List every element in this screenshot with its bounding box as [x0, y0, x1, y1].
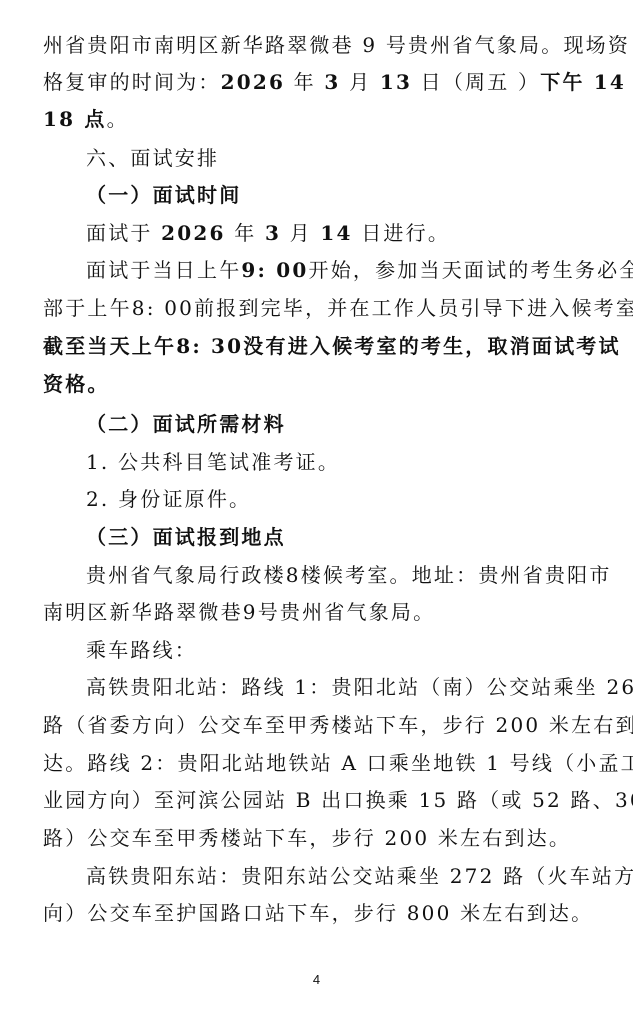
text-segment: 截至当天上午8: 30没有进入候考室的考生，取消面试考试 [43, 334, 621, 358]
text-segment: 14 [320, 221, 352, 245]
text-segment: 面试于当日上午 [86, 258, 241, 282]
text-segment: 面试于 [86, 221, 161, 245]
subsection-heading: （一）面试时间 [86, 183, 241, 207]
subsection-heading: （三）面试报到地点 [86, 525, 286, 549]
text-segment: 南明区新华路翠微巷9号贵州省气象局。 [43, 600, 435, 624]
text-segment: 2026 [161, 221, 225, 245]
text-line: 达。路线 2：贵阳北站地铁站 A 口乘坐地铁 1 号线（小孟工 [43, 751, 633, 775]
text-segment: 18 点 [43, 107, 107, 131]
page-number: 4 [0, 972, 633, 987]
text-segment: （一）面试时间 [86, 183, 241, 207]
text-segment: 六、面试安排 [86, 146, 219, 170]
text-segment: （二）面试所需材料 [86, 412, 286, 436]
text-segment: 高铁贵阳北站：路线 1：贵阳北站（南）公交站乘坐 264 [86, 675, 633, 699]
text-line: 高铁贵阳东站：贵阳东站公交站乘坐 272 路（火车站方 [86, 864, 633, 888]
text-line: 18 点。 [43, 107, 129, 131]
text-segment: 日进行。 [353, 221, 450, 245]
text-segment: 格复审的时间为： [43, 70, 221, 94]
text-segment: 月 [341, 70, 380, 94]
text-line: 路）公交车至甲秀楼站下车，步行 200 米左右到达。 [43, 826, 571, 850]
text-segment: 月 [281, 221, 320, 245]
text-line: 南明区新华路翠微巷9号贵州省气象局。 [43, 600, 435, 624]
text-segment: 13 [380, 70, 412, 94]
text-line: 格复审的时间为：2026 年 3 月 13 日（周五 ）下午 14 点— [43, 70, 633, 94]
text-segment: 州省贵阳市南明区新华路翠微巷 9 号贵州省气象局。现场资 [43, 33, 630, 57]
text-segment: 向）公交车至护国路口站下车，步行 800 米左右到达。 [43, 901, 593, 925]
text-line: 资格。 [43, 372, 110, 396]
text-segment: 2026 [221, 70, 285, 94]
text-segment: 乘车路线： [86, 638, 197, 662]
text-line: 乘车路线： [86, 638, 197, 662]
subsection-heading: （二）面试所需材料 [86, 412, 286, 436]
text-segment: 下午 14 点— [540, 70, 633, 94]
text-line: 高铁贵阳北站：路线 1：贵阳北站（南）公交站乘坐 264 [86, 675, 633, 699]
text-segment: 开始，参加当天面试的考生务必全 [309, 258, 633, 282]
text-line: 业园方向）至河滨公园站 B 出口换乘 15 路（或 52 路、307 [43, 788, 633, 812]
text-segment: 2. 身份证原件。 [86, 487, 251, 511]
list-item: 2. 身份证原件。 [86, 487, 251, 511]
section-heading: 六、面试安排 [86, 146, 219, 170]
text-segment: 1. 公共科目笔试准考证。 [86, 450, 340, 474]
text-segment: 贵州省气象局行政楼8楼候考室。地址：贵州省贵阳市 [86, 563, 612, 587]
text-segment: 达。路线 2：贵阳北站地铁站 A 口乘坐地铁 1 号线（小孟工 [43, 751, 633, 775]
text-line: 贵州省气象局行政楼8楼候考室。地址：贵州省贵阳市 [86, 563, 612, 587]
text-line: 向）公交车至护国路口站下车，步行 800 米左右到达。 [43, 901, 593, 925]
text-segment: 年 [285, 70, 324, 94]
text-line: 州省贵阳市南明区新华路翠微巷 9 号贵州省气象局。现场资 [43, 33, 630, 57]
text-segment: 3 [324, 70, 340, 94]
text-segment: 3 [265, 221, 281, 245]
text-segment: （三）面试报到地点 [86, 525, 286, 549]
text-segment: 高铁贵阳东站：贵阳东站公交站乘坐 272 路（火车站方 [86, 864, 633, 888]
text-line: 面试于 2026 年 3 月 14 日进行。 [86, 221, 450, 245]
list-item: 1. 公共科目笔试准考证。 [86, 450, 340, 474]
text-segment: 。 [107, 107, 129, 131]
text-segment: 路）公交车至甲秀楼站下车，步行 200 米左右到达。 [43, 826, 571, 850]
text-line: 路（省委方向）公交车至甲秀楼站下车，步行 200 米左右到 [43, 713, 633, 737]
text-line: 截至当天上午8: 30没有进入候考室的考生，取消面试考试 [43, 334, 621, 358]
text-line: 面试于当日上午9: 00开始，参加当天面试的考生务必全 [86, 258, 633, 282]
text-segment: 部于上午8: 00前报到完毕，并在工作人员引导下进入候考室。 [43, 296, 633, 320]
text-segment: 日（周五 ） [412, 70, 540, 94]
text-segment: 路（省委方向）公交车至甲秀楼站下车，步行 200 米左右到 [43, 713, 633, 737]
text-segment: 资格。 [43, 372, 110, 396]
text-segment: 9: 00 [241, 258, 308, 282]
text-line: 部于上午8: 00前报到完毕，并在工作人员引导下进入候考室。 [43, 296, 633, 320]
text-segment: 业园方向）至河滨公园站 B 出口换乘 15 路（或 52 路、307 [43, 788, 633, 812]
text-segment: 年 [226, 221, 265, 245]
